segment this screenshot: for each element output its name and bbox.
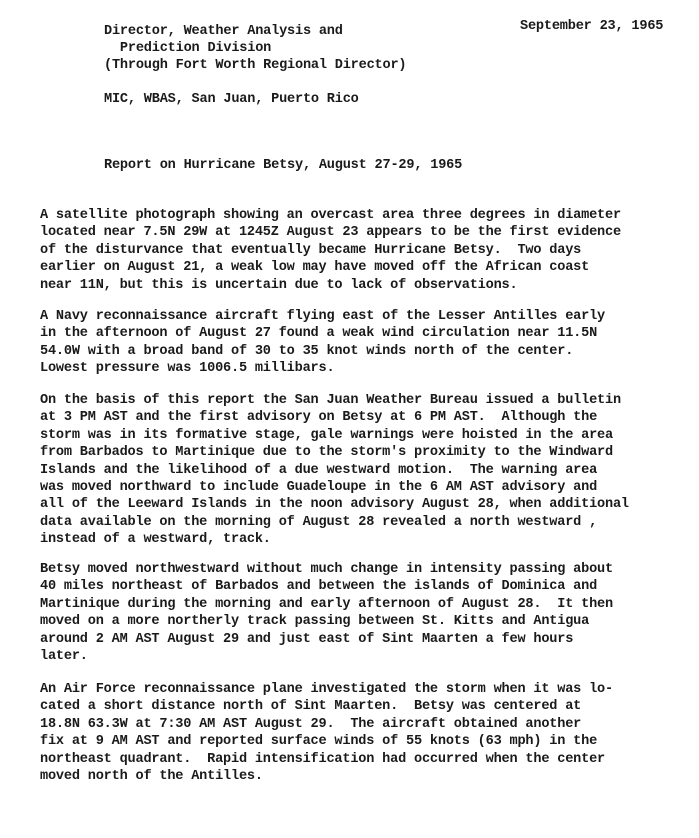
text-line: Betsy moved northwestward without much c… (40, 561, 680, 578)
paragraph-satellite-evidence: A satellite photograph showing an overca… (40, 207, 680, 294)
text-line: around 2 AM AST August 29 and just east … (40, 631, 680, 648)
memo-to-line-3: (Through Fort Worth Regional Director) (104, 57, 406, 74)
text-line: An Air Force reconnaissance plane invest… (40, 681, 680, 698)
text-line: A satellite photograph showing an overca… (40, 207, 680, 224)
paragraph-track: Betsy moved northwestward without much c… (40, 561, 680, 665)
text-line: in the afternoon of August 27 found a we… (40, 325, 680, 342)
text-line: fix at 9 AM AST and reported surface win… (40, 733, 680, 750)
text-line: Islands and the likelihood of a due west… (40, 462, 680, 479)
text-line: 18.8N 63.3W at 7:30 AM AST August 29. Th… (40, 716, 680, 733)
paragraph-navy-reconnaissance: A Navy reconnaissance aircraft flying ea… (40, 308, 680, 378)
text-line: storm was in its formative stage, gale w… (40, 427, 680, 444)
memo-to-line-1: Director, Weather Analysis and (104, 23, 343, 40)
text-line: data available on the morning of August … (40, 514, 680, 531)
text-line: at 3 PM AST and the first advisory on Be… (40, 409, 680, 426)
text-line: all of the Leeward Islands in the noon a… (40, 496, 680, 513)
memo-from: MIC, WBAS, San Juan, Puerto Rico (104, 91, 359, 108)
memo-date: September 23, 1965 (520, 18, 663, 35)
text-line: Lowest pressure was 1006.5 millibars. (40, 360, 680, 377)
text-line: located near 7.5N 29W at 1245Z August 23… (40, 224, 680, 241)
text-line: cated a short distance north of Sint Maa… (40, 698, 680, 715)
text-line: moved north of the Antilles. (40, 768, 680, 785)
text-line: of the disturvance that eventually becam… (40, 242, 680, 259)
text-line: later. (40, 648, 680, 665)
paragraph-advisories: On the basis of this report the San Juan… (40, 392, 680, 549)
memo-page: Director, Weather Analysis and Predictio… (0, 0, 699, 838)
text-line: Martinique during the morning and early … (40, 596, 680, 613)
text-line: 40 miles northeast of Barbados and betwe… (40, 578, 680, 595)
text-line: from Barbados to Martinique due to the s… (40, 444, 680, 461)
text-line: near 11N, but this is uncertain due to l… (40, 277, 680, 294)
text-line: instead of a westward, track. (40, 531, 680, 548)
text-line: A Navy reconnaissance aircraft flying ea… (40, 308, 680, 325)
text-line: 54.0W with a broad band of 30 to 35 knot… (40, 343, 680, 360)
text-line: On the basis of this report the San Juan… (40, 392, 680, 409)
memo-to-line-2: Prediction Division (104, 40, 271, 57)
text-line: northeast quadrant. Rapid intensificatio… (40, 751, 680, 768)
memo-subject: Report on Hurricane Betsy, August 27-29,… (104, 157, 462, 174)
paragraph-air-force-reconnaissance: An Air Force reconnaissance plane invest… (40, 681, 680, 785)
text-line: was moved northward to include Guadeloup… (40, 479, 680, 496)
text-line: earlier on August 21, a weak low may hav… (40, 259, 680, 276)
text-line: moved on a more northerly track passing … (40, 613, 680, 630)
